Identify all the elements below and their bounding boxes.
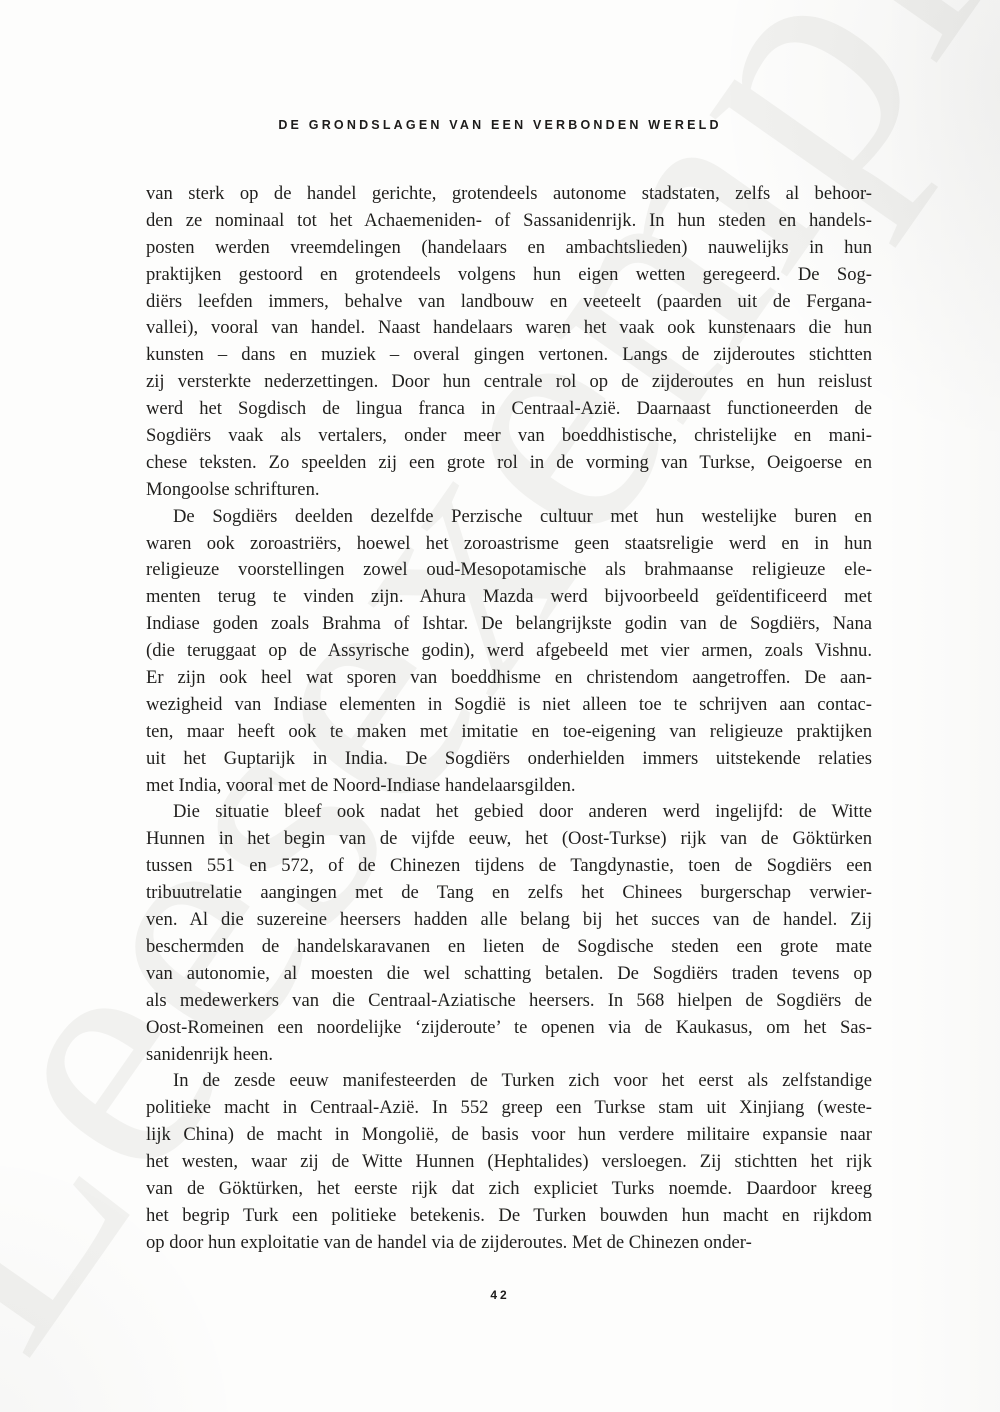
text-line: het westen, waar zij de Witte Hunnen (He… [146,1149,872,1176]
page-number: 42 [0,1288,1000,1302]
book-page: Leesexemplaar DE GRONDSLAGEN VAN EEN VER… [0,0,1000,1412]
text-line: (die teruggaat op de Assyrische godin), … [146,638,872,665]
text-line: op door hun exploitatie van de handel vi… [146,1230,872,1257]
text-line: De Sogdiërs deelden dezelfde Perzische c… [146,504,872,531]
paragraph: van sterk op de handel gerichte, grotend… [146,181,872,504]
text-line: met India, vooral met de Noord-Indiase h… [146,773,872,800]
text-line: den ze nominaal tot het Achaemeniden- of… [146,208,872,235]
paragraph: De Sogdiërs deelden dezelfde Perzische c… [146,504,872,800]
text-line: waren ook zoroastriërs, hoewel het zoroa… [146,531,872,558]
text-line: posten werden vreemdelingen (handelaars … [146,235,872,262]
text-line: menten terug te vinden zijn. Ahura Mazda… [146,584,872,611]
text-line: van de Göktürken, het eerste rijk dat zi… [146,1176,872,1203]
text-line: politieke macht in Centraal-Azië. In 552… [146,1095,872,1122]
paragraph: In de zesde eeuw manifesteerden de Turke… [146,1068,872,1256]
text-line: diërs leefden immers, behalve van landbo… [146,289,872,316]
text-line: als medewerkers van die Centraal-Aziatis… [146,988,872,1015]
text-line: Mongoolse schrifturen. [146,477,872,504]
text-line: van autonomie, al moesten die wel schatt… [146,961,872,988]
text-line: Er zijn ook heel wat sporen van boeddhis… [146,665,872,692]
text-line: van sterk op de handel gerichte, grotend… [146,181,872,208]
paragraph: Die situatie bleef ook nadat het gebied … [146,799,872,1068]
text-line: sanidenrijk heen. [146,1042,872,1069]
text-line: tussen 551 en 572, of de Chinezen tijden… [146,853,872,880]
running-header: DE GRONDSLAGEN VAN EEN VERBONDEN WERELD [0,118,1000,132]
text-line: Indiase goden zoals Brahma of Ishtar. De… [146,611,872,638]
text-line: Oost-Romeinen een noordelijke ‘zijderout… [146,1015,872,1042]
text-line: beschermden de handelskaravanen en liete… [146,934,872,961]
text-line: ten, maar heeft ook te maken met imitati… [146,719,872,746]
text-line: wezigheid van Indiase elementen in Sogdi… [146,692,872,719]
text-line: chese teksten. Zo speelden zij een grote… [146,450,872,477]
text-line: Sogdiërs vaak als vertalers, onder meer … [146,423,872,450]
text-line: uit het Guptarijk in India. De Sogdiërs … [146,746,872,773]
text-line: praktijken gestoord en grotendeels volge… [146,262,872,289]
text-line: zij versterkte nederzettingen. Door hun … [146,369,872,396]
text-line: het begrip Turk een politieke betekenis.… [146,1203,872,1230]
text-line: In de zesde eeuw manifesteerden de Turke… [146,1068,872,1095]
text-line: ven. Al die suzereine heersers hadden al… [146,907,872,934]
text-line: Hunnen in het begin van de vijfde eeuw, … [146,826,872,853]
text-line: religieuze voorstellingen zowel oud-Meso… [146,557,872,584]
text-line: Die situatie bleef ook nadat het gebied … [146,799,872,826]
body-text: van sterk op de handel gerichte, grotend… [146,181,872,1257]
text-line: kunsten – dans en muziek – overal gingen… [146,342,872,369]
text-line: vallei), vooral van handel. Naast handel… [146,315,872,342]
text-line: werd het Sogdisch de lingua franca in Ce… [146,396,872,423]
text-line: lijk China) de macht in Mongolië, de bas… [146,1122,872,1149]
text-line: tribuutrelatie aangingen met de Tang en … [146,880,872,907]
